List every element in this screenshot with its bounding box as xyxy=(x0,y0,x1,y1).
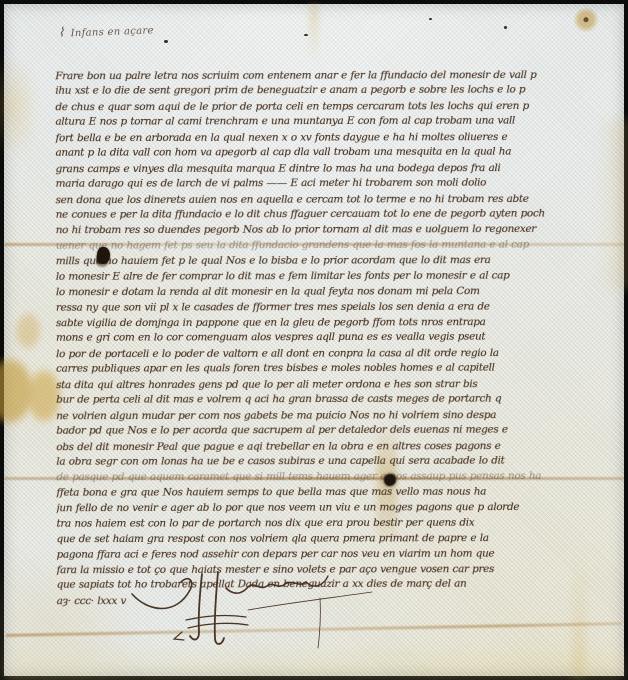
text-line: altura E nos p tornar al cami trenchram … xyxy=(55,115,607,132)
text-line: de pasque pd que aquem caramet que si mi… xyxy=(56,470,608,487)
text-line: aȝ· ccc· lxxx v xyxy=(57,593,609,610)
text-line: ffeta bona e gra que Nos hauiem semps to… xyxy=(56,485,608,502)
text-line: jun fello de no venir e ager ab lo por q… xyxy=(56,501,608,518)
text-line: que de set haiam gra respost con nos vol… xyxy=(57,532,609,549)
text-line: pagona ffara aci e feres nod assehir con… xyxy=(57,547,609,564)
ink-speck xyxy=(164,40,168,43)
text-line: fort bella e be en arborada en la qual n… xyxy=(55,130,607,147)
docket-text: Infans en açare xyxy=(71,25,154,39)
stain-bottom-band xyxy=(4,640,624,680)
text-line: sabte vigilia de domjnga in pappone que … xyxy=(56,316,608,333)
ink-speck xyxy=(504,26,507,29)
text-line: sen dona que los dinerets auien nos en a… xyxy=(56,192,608,209)
text-line: no hi trobam res so duendes pegorb Nos a… xyxy=(56,223,608,240)
text-line: mons e gri com en lo cor comenguam alos … xyxy=(56,331,608,348)
ink-speck xyxy=(429,18,432,20)
parchment-sheet: ⌇Infans en açare Frare bon ua palre letr… xyxy=(4,4,624,676)
text-line: fara la missio e tot ço que haiats meste… xyxy=(57,563,609,580)
manuscript-photo: ⌇Infans en açare Frare bon ua palre letr… xyxy=(0,0,628,680)
text-line: lo monesir E alre de fer comprar lo dit … xyxy=(56,269,608,286)
text-line: obs del dit monesir Peal que pague e aqi… xyxy=(56,439,608,456)
text-line: la obra segr con om lonas ha ue be e cas… xyxy=(56,454,608,471)
stain-top-right-spot xyxy=(572,8,600,34)
stain-left-upper xyxy=(0,54,40,159)
text-line: ressa ny que son vii pl x le casades de … xyxy=(56,300,608,317)
docket-flourish: ⌇ xyxy=(58,25,65,40)
text-line: tra nos haiem est con lo par de portarch… xyxy=(56,516,608,533)
text-line: que sapiats tot ho trobarets apellat Dad… xyxy=(57,578,609,595)
text-line: grans camps e vinyes dla mesquita marqua… xyxy=(56,161,608,178)
text-line: Frare bon ua palre letra nos scriuim com… xyxy=(55,69,607,86)
text-line: bador pd que Nos e lo per acorda que sac… xyxy=(56,423,608,440)
text-line: sta dita qui altres honrades gens pd que… xyxy=(56,377,608,394)
letter-text-block: Frare bon ua palre letra nos scriuim com… xyxy=(55,68,608,610)
text-line: ihu xst e lo die de sent gregori prim de… xyxy=(55,84,607,101)
fold-crease-lower xyxy=(6,622,622,637)
text-line: lo por de portaceli e lo poder de valtor… xyxy=(56,346,608,363)
docket-note: ⌇Infans en açare xyxy=(58,22,154,40)
text-line: bur de perta celi al dit mas e volrem q … xyxy=(56,392,608,409)
text-line: ne conues e per la dita ffundacio e lo d… xyxy=(56,207,608,224)
streak-top-center xyxy=(309,4,319,62)
ink-speck xyxy=(304,34,308,36)
text-line: de chus e quar som aqui de le prior de p… xyxy=(55,99,607,116)
text-line: carres publiques apar en les quals foren… xyxy=(56,362,608,379)
text-line: maria darago qui es de larch de vi palms… xyxy=(56,176,608,193)
text-line: uener que no hagem fet ps seu la dita ff… xyxy=(56,238,608,255)
text-line: ne volrien algun mudar per com nos gabet… xyxy=(56,408,608,425)
text-line: mills que no hauiem fet p le qual Nos e … xyxy=(56,254,608,271)
text-line: lo monesir e dotam la renda al dit mones… xyxy=(56,285,608,302)
text-line: anant p la dita vall con hom va apegorb … xyxy=(55,145,607,162)
